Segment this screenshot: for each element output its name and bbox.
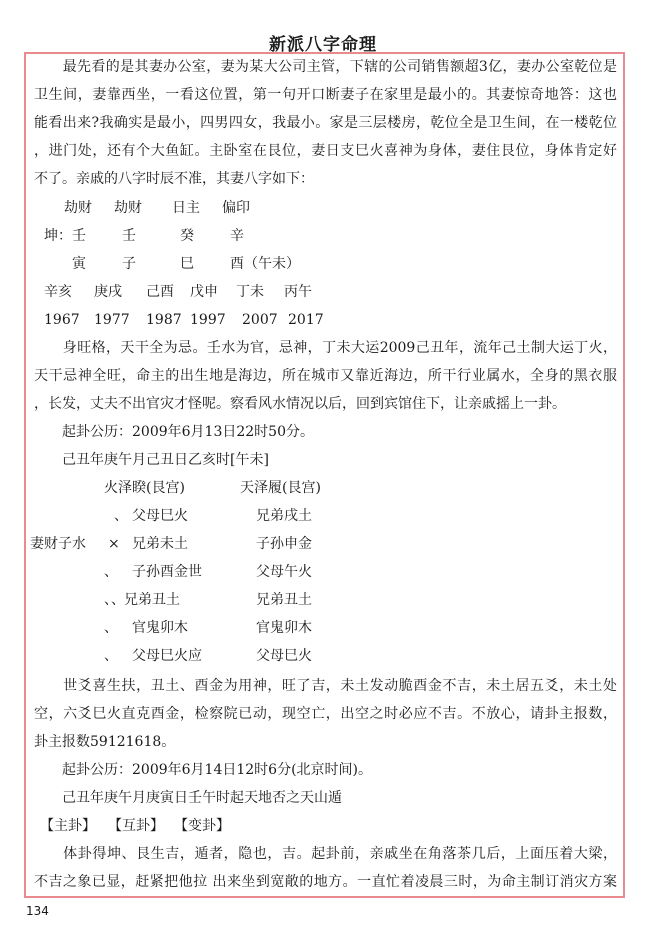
- text-line: 能看出来?我确实是最小，四男四女，我最小。家是三层楼房，乾位全是卫生间，在一楼乾…: [34, 114, 617, 132]
- yao-mark: 、: [114, 507, 128, 525]
- text-line: 不吉之象已显，赶紧把他拉 出来坐到宽敞的地方。一直忙着凌晨三时，为命主制订消灾方…: [34, 873, 617, 891]
- fushen: 妻财子水: [30, 535, 86, 553]
- divination-time: 起卦公历：2009年6月13日22时50分。: [62, 423, 314, 441]
- gua-label-bian: 【变卦】: [174, 817, 230, 835]
- text-line: 卦主报数59121618。: [34, 733, 175, 751]
- change-yao: 子孙申金: [256, 535, 312, 553]
- dizhi-1: 寅: [72, 255, 86, 273]
- gua-label-hu: 【互卦】: [108, 817, 164, 835]
- divination-ganzhi: 己丑年庚午月庚寅日壬午时起天地否之天山遁: [62, 789, 342, 807]
- dizhi-4: 酉（午未）: [230, 255, 300, 273]
- dayun-5: 丁未: [236, 283, 264, 301]
- dayun-2: 庚戌: [94, 283, 122, 301]
- tiangan-1: 壬: [72, 227, 86, 245]
- gua-label-main: 【主卦】: [40, 817, 96, 835]
- shishen-4: 偏印: [222, 199, 250, 217]
- dayun-year-4: 1997: [190, 311, 226, 329]
- divination-time: 起卦公历：2009年6月14日12时6分(北京时间)。: [62, 761, 372, 779]
- dayun-year-2: 1977: [94, 311, 130, 329]
- text-line: 最先看的是其妻办公室，妻为某大公司主管，下辖的公司销售额超3亿，妻办公室乾位是: [34, 58, 617, 76]
- dayun-year-5: 2007: [242, 311, 278, 329]
- change-yao: 兄弟丑土: [256, 591, 312, 609]
- shishen-2: 劫财: [114, 199, 142, 217]
- dayun-6: 丙午: [284, 283, 312, 301]
- text-line: 空，六爻巳火直克酉金，检察院已动，现空亡，出空之时必应不吉。不放心，请卦主报数，: [34, 705, 617, 723]
- dayun-3: 己酉: [146, 283, 174, 301]
- change-yao: 父母巳火: [256, 647, 312, 665]
- change-yao: 父母午火: [256, 563, 312, 581]
- dizhi-3: 巳: [180, 255, 194, 273]
- text-line: 卫生间，妻靠西坐，一看这位置，第一句开口断妻子在家里是最小的。其妻惊奇地答：这也: [34, 86, 617, 104]
- text-line: 体卦得坤、艮生吉，遁者，隐也，吉。起卦前，亲戚坐在角落茶几后，上面压着大梁，: [34, 845, 617, 863]
- shishen-3: 日主: [172, 199, 200, 217]
- text-line: ，长发，丈夫不出官灾才怪呢。察看风水情况以后，回到宾馆住下，让亲戚摇上一卦。: [34, 395, 566, 413]
- main-yao: 父母巳火应: [132, 647, 202, 665]
- change-yao: 兄弟戌土: [256, 507, 312, 525]
- yao-mark: ×: [108, 535, 120, 553]
- text-line: ，进门处，还有个大鱼缸。主卧室在艮位，妻日支巳火喜神为身体，妻住艮位，身体肯定好: [34, 142, 617, 160]
- dizhi-2: 子: [122, 255, 136, 273]
- gender-label: 坤：: [44, 227, 72, 245]
- main-yao: 兄弟未土: [132, 535, 188, 553]
- dayun-4: 戊申: [190, 283, 218, 301]
- tiangan-4: 辛: [230, 227, 244, 245]
- main-yao: 兄弟丑土: [124, 591, 180, 609]
- tiangan-2: 壬: [122, 227, 136, 245]
- yao-mark: 、: [104, 563, 118, 581]
- yao-mark: 、、: [104, 591, 125, 609]
- change-gua-name: 天泽履(艮宫): [240, 479, 321, 497]
- page-number: 134: [26, 904, 49, 918]
- yao-mark: 、: [104, 619, 118, 637]
- text-line: 不了。亲戚的八字时辰不准，其妻八字如下：: [34, 170, 314, 188]
- dayun-year-3: 1987: [146, 311, 182, 329]
- change-yao: 官鬼卯木: [256, 619, 312, 637]
- yao-mark: 、: [104, 647, 118, 665]
- text-line: 世爻喜生扶，丑土、酉金为用神，旺了吉，未土发动脆酉金不吉，未土居五爻，未土处: [34, 677, 617, 695]
- main-yao: 官鬼卯木: [132, 619, 188, 637]
- content-frame: 最先看的是其妻办公室，妻为某大公司主管，下辖的公司销售额超3亿，妻办公室乾位是 …: [24, 52, 625, 898]
- main-yao: 子孙酉金世: [132, 563, 202, 581]
- text-line: 身旺格，天干全为忌。壬水为官，忌神，丁未大运2009己丑年，流年己土制大运丁火，: [34, 339, 617, 357]
- main-gua-name: 火泽睽(艮宫): [104, 479, 185, 497]
- dayun-year-1: 1967: [44, 311, 80, 329]
- text-line: 天干忌神全旺，命主的出生地是海边，所在城市又靠近海边，所干行业属水，全身的黑衣服: [34, 367, 617, 385]
- shishen-1: 劫财: [64, 199, 92, 217]
- tiangan-3: 癸: [180, 227, 194, 245]
- dayun-1: 辛亥: [44, 283, 72, 301]
- main-yao: 父母巳火: [132, 507, 188, 525]
- dayun-year-6: 2017: [288, 311, 324, 329]
- divination-ganzhi: 己丑年庚午月己丑日乙亥时[午未]: [62, 451, 269, 469]
